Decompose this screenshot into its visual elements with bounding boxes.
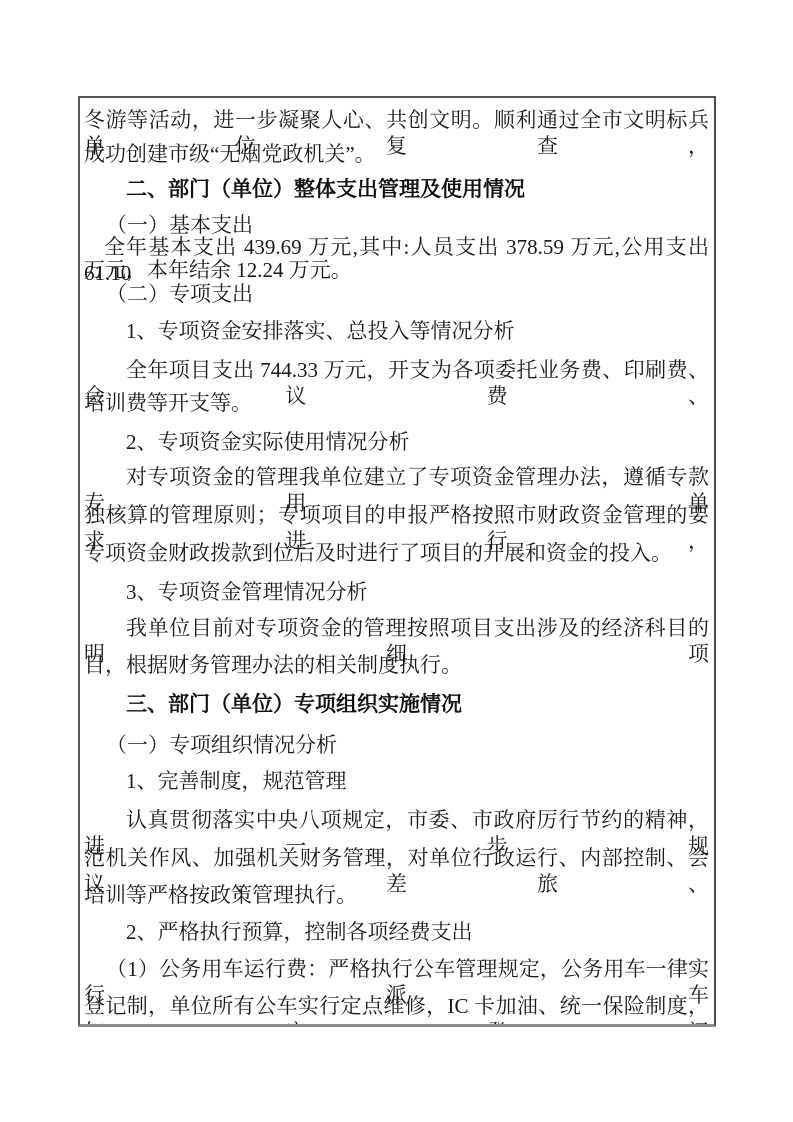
subsection-label: （一）专项组织情况分析 <box>84 732 709 758</box>
doc-line: 成功创建市级“无烟党政机关”。 <box>84 141 709 167</box>
section-heading-2: 二、部门（单位）整体支出管理及使用情况 <box>84 176 709 204</box>
doc-line: 登记制，单位所有公车实行定点维修，IC 卡加油、统一保险制度，如实登记 <box>84 993 709 1027</box>
report-table-cell: 冬游等活动，进一步凝聚人心、共创文明。顺利通过全市文明标兵单位复查， 成功创建市… <box>78 96 716 1027</box>
document-page: 冬游等活动，进一步凝聚人心、共创文明。顺利通过全市文明标兵单位复查， 成功创建市… <box>0 0 793 1122</box>
numbered-item-title: 2、专项资金实际使用情况分析 <box>84 429 709 455</box>
doc-line: 目，根据财务管理办法的相关制度执行。 <box>84 652 709 678</box>
section-heading-3: 三、部门（单位）专项组织实施情况 <box>84 691 709 719</box>
numbered-item-title: 2、严格执行预算，控制各项经费支出 <box>84 919 709 945</box>
doc-line: 万元，本年结余 12.24 万元。 <box>84 257 709 283</box>
numbered-item-title: 3、专项资金管理情况分析 <box>84 579 709 605</box>
numbered-item-title: 1、专项资金安排落实、总投入等情况分析 <box>84 318 709 344</box>
subsection-label: （二）专项支出 <box>84 281 709 307</box>
doc-line: 培训等严格按政策管理执行。 <box>84 882 709 908</box>
numbered-item-title: 1、完善制度，规范管理 <box>84 768 709 794</box>
doc-line: 培训费等开支等。 <box>84 390 709 416</box>
doc-line: 专项资金财政拨款到位后及时进行了项目的开展和资金的投入。 <box>84 540 709 566</box>
